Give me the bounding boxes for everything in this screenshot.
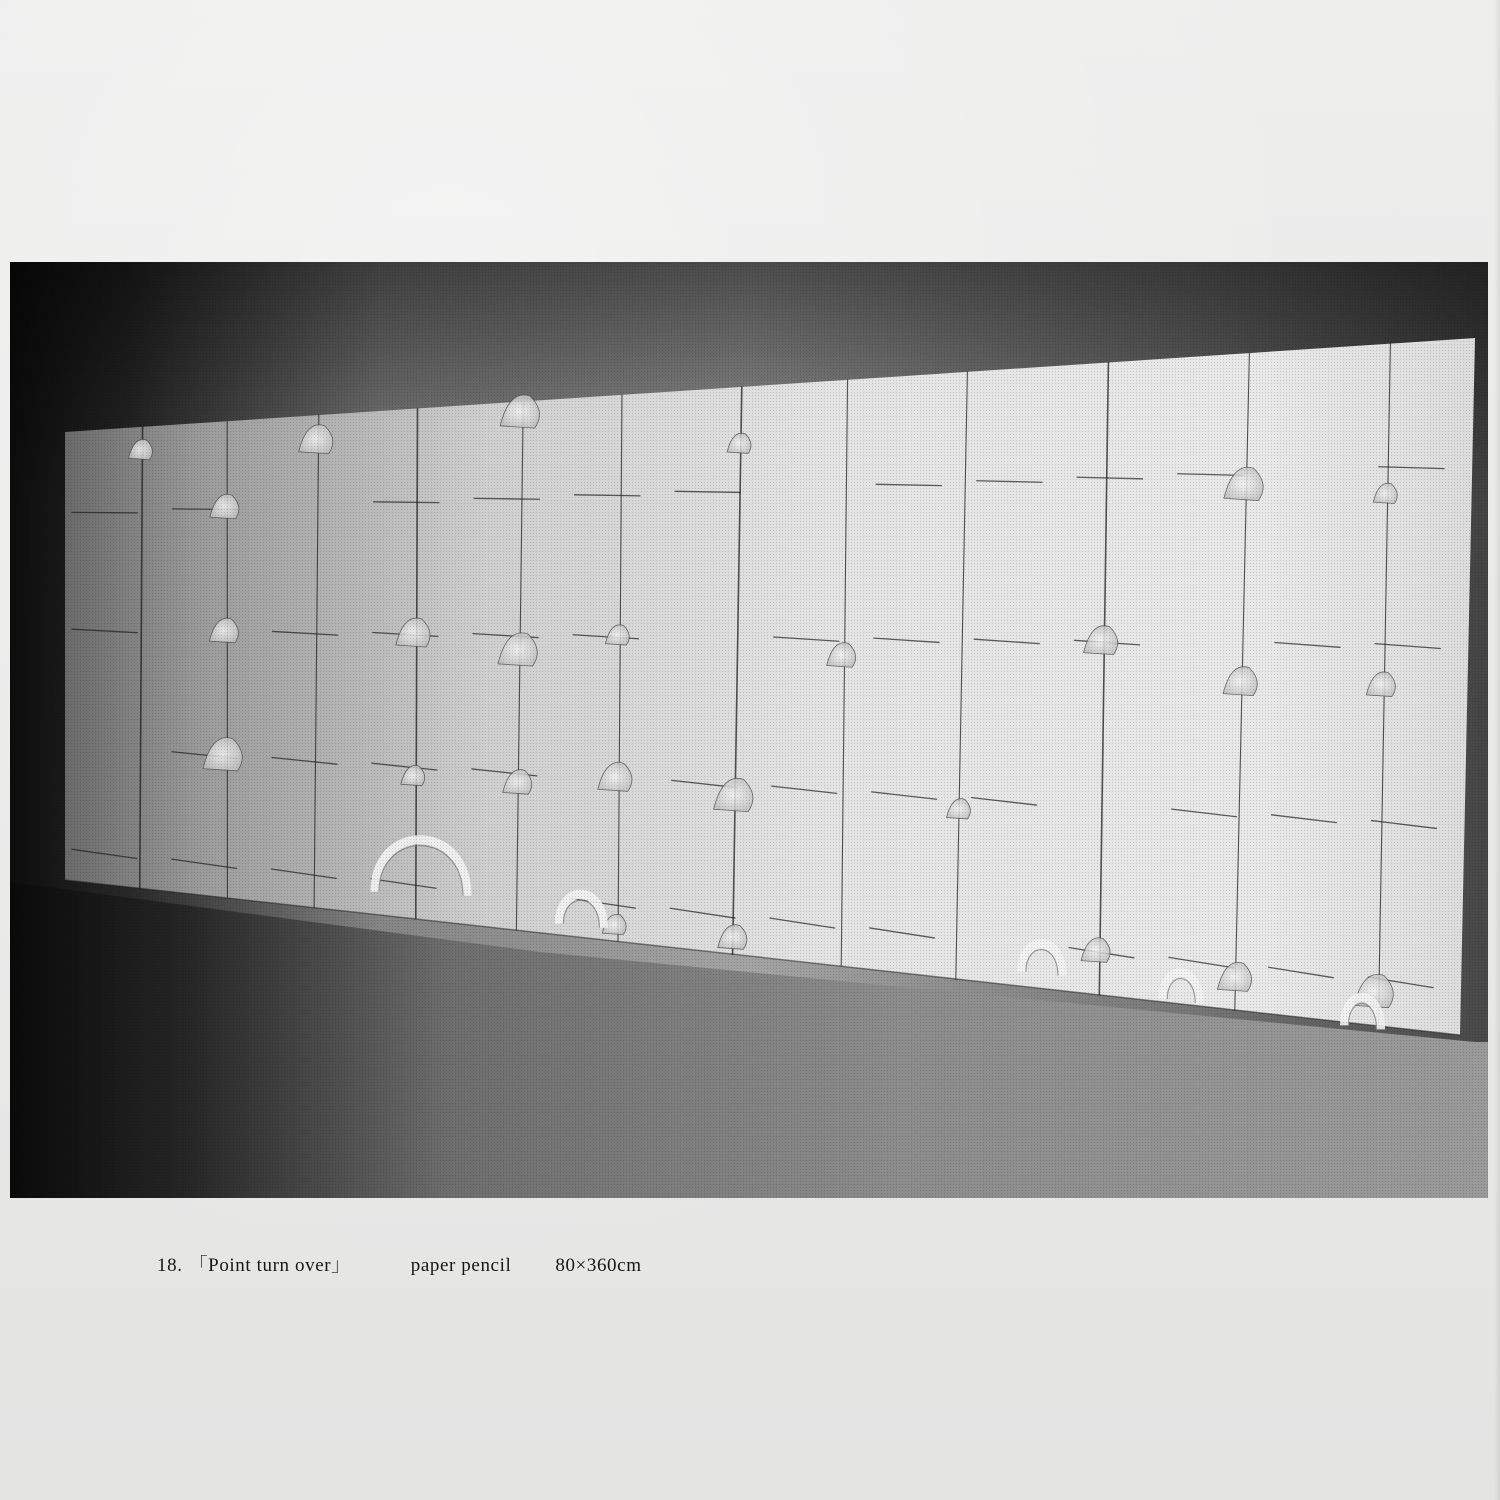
caption-title: 「Point turn over」: [189, 1250, 351, 1277]
page-edge-shadow: [1494, 0, 1500, 1500]
figure-caption: 18. 「Point turn over」 paper pencil 80×36…: [157, 1250, 642, 1277]
caption-dimensions: 80×360cm: [555, 1255, 641, 1277]
artwork-photograph: [10, 262, 1488, 1198]
caption-number: 18.: [157, 1255, 183, 1277]
caption-medium: paper pencil: [411, 1255, 512, 1277]
photograph-image-icon: [10, 262, 1488, 1198]
catalog-page: 18. 「Point turn over」 paper pencil 80×36…: [0, 0, 1500, 1500]
